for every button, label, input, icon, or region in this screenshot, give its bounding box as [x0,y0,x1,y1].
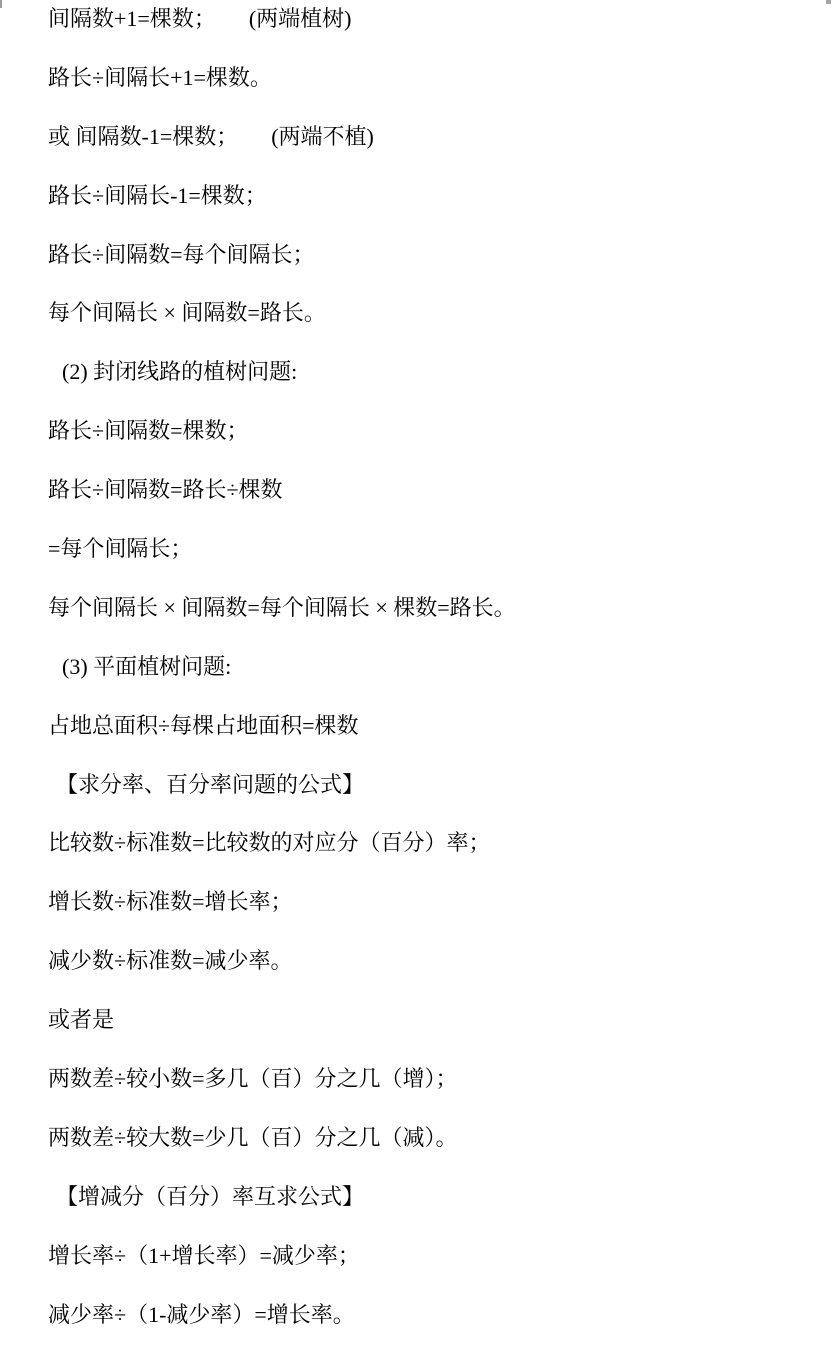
text-line: 每个间隔长 × 间隔数=每个间隔长 × 棵数=路长。 [0,579,832,638]
text-line: 路长÷间隔数=路长÷棵数 [0,461,832,520]
text-line: 路长÷间隔长-1=棵数； [0,167,832,226]
subheading-line: (3) 平面植树问题: [0,638,832,697]
text-line: 增长率÷（1+增长率）=减少率； [0,1227,832,1286]
text-line: 或者是 [0,991,832,1050]
text-line: 增长数÷标准数=增长率； [0,873,832,932]
text-line: 减少率÷（1-减少率）=增长率。 [0,1286,832,1345]
text-line: 或 间隔数-1=棵数； (两端不植) [0,108,832,167]
text-line: 间隔数+1=棵数； (两端植树) [0,0,832,49]
text-line: 比较数÷标准数=比较数的对应分（百分）率； [0,814,832,873]
corner-mark-right [826,0,831,4]
text-line: 每个间隔长 × 间隔数=路长。 [0,284,832,343]
text-line: 两数差÷较小数=多几（百）分之几（增）； [0,1050,832,1109]
text-line: 路长÷间隔长+1=棵数。 [0,49,832,108]
text-line: 路长÷间隔数=棵数； [0,402,832,461]
heading-line: 【求分率、百分率问题的公式】 [0,756,832,815]
text-line: 两数差÷较大数=少几（百）分之几（减）。 [0,1109,832,1168]
text-line: 占地总面积÷每棵占地面积=棵数 [0,697,832,756]
heading-line: 【增减分（百分）率互求公式】 [0,1168,832,1227]
text-line: =每个间隔长； [0,520,832,579]
text-line: 路长÷间隔数=每个间隔长； [0,226,832,285]
text-line: 减少数÷标准数=减少率。 [0,932,832,991]
corner-mark-left [0,0,2,8]
document-page: 间隔数+1=棵数； (两端植树)路长÷间隔长+1=棵数。或 间隔数-1=棵数； … [0,0,832,1344]
subheading-line: (2) 封闭线路的植树问题: [0,343,832,402]
